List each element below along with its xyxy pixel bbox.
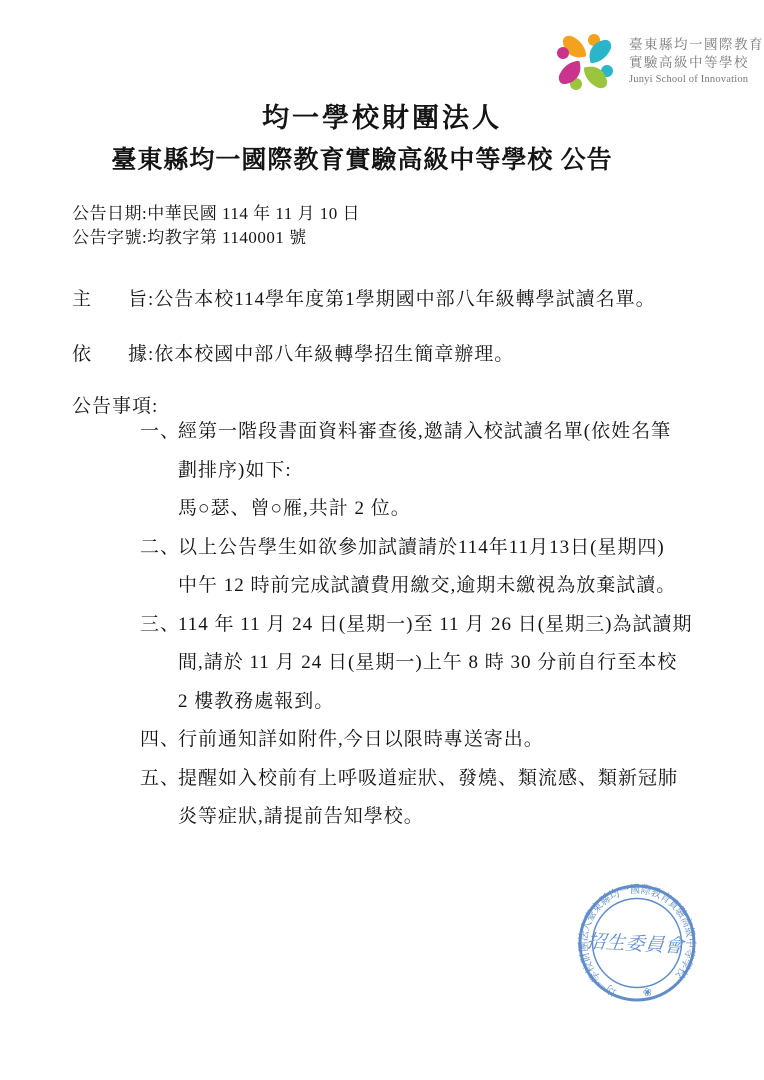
list-item: 三、 114 年 11 月 24 日(星期一)至 11 月 26 日(星期三)為…	[140, 606, 692, 722]
item-line: 間,請於 11 月 24 日(星期一)上午 8 時 30 分前自行至本校	[178, 644, 692, 683]
announcement-items: 一、 經第一階段書面資料審查後,邀請入校試讀名單(依姓名筆 劃排序)如下: 馬○…	[140, 413, 692, 837]
item-number: 五、	[140, 760, 180, 799]
logo-name-line1: 臺東縣均一國際教育	[629, 36, 764, 54]
subject-text: 公告本校114學年度第1學期國中部八年級轉學試讀名單。	[154, 289, 655, 310]
item-line: 經第一階段書面資料審查後,邀請入校試讀名單(依姓名筆	[178, 413, 692, 452]
subject-label-last: 旨	[128, 284, 148, 311]
item-number: 四、	[140, 721, 180, 760]
school-logo-text: 臺東縣均一國際教育 實驗高級中等學校 Junyi School of Innov…	[629, 31, 764, 86]
basis-label: 依 據	[72, 339, 148, 366]
logo-figure-left-head	[557, 47, 569, 59]
list-item: 二、 以上公告學生如欲參加試讀請於114年11月13日(星期四) 中午 12 時…	[140, 529, 692, 606]
subject-line: 主 旨 :公告本校114學年度第1學期國中部八年級轉學試讀名單。	[72, 284, 656, 311]
item-line: 劃排序)如下:	[178, 452, 692, 491]
item-line: 馬○瑟、曾○雁,共計 2 位。	[178, 490, 692, 529]
announcement-number: 公告字號:均教字第 1140001 號	[72, 226, 360, 250]
basis-line: 依 據 :依本校國中部八年級轉學招生簡章辦理。	[72, 339, 514, 366]
list-item: 四、 行前通知詳如附件,今日以限時專送寄出。	[140, 721, 692, 760]
basis-text: 依本校國中部八年級轉學招生簡章辦理。	[154, 344, 514, 365]
announcement-document: 臺東縣均一國際教育 實驗高級中等學校 Junyi School of Innov…	[0, 0, 764, 1080]
admissions-committee-stamp: 均一學校財團法人臺東縣均一國際教育實驗高級中等學校 招生委員會 ❀	[575, 881, 699, 1005]
flower-icon: ❀	[642, 986, 654, 1000]
item-number: 二、	[140, 529, 180, 568]
list-item: 五、 提醒如入校前有上呼吸道症狀、發燒、類流感、類新冠肺 炎等症狀,請提前告知學…	[140, 760, 692, 837]
item-line: 114 年 11 月 24 日(星期一)至 11 月 26 日(星期三)為試讀期	[178, 606, 692, 645]
item-line: 提醒如入校前有上呼吸道症狀、發燒、類流感、類新冠肺	[178, 760, 692, 799]
foundation-title: 均一學校財團法人	[0, 96, 764, 135]
list-item: 一、 經第一階段書面資料審查後,邀請入校試讀名單(依姓名筆 劃排序)如下: 馬○…	[140, 413, 692, 529]
basis-label-last: 據	[128, 339, 148, 366]
announcement-meta: 公告日期:中華民國 114 年 11 月 10 日 公告字號:均教字第 1140…	[72, 202, 360, 250]
item-number: 一、	[140, 413, 180, 452]
school-logo-mark-icon	[550, 31, 620, 93]
item-line: 炎等症狀,請提前告知學校。	[178, 798, 692, 837]
subject-label-first: 主	[72, 284, 92, 311]
item-number: 三、	[140, 606, 180, 645]
item-line: 行前通知詳如附件,今日以限時專送寄出。	[178, 721, 692, 760]
logo-name-english: Junyi School of Innovation	[629, 73, 764, 86]
logo-name-line2: 實驗高級中等學校	[629, 54, 764, 72]
item-line: 2 樓教務處報到。	[178, 683, 692, 722]
item-line: 中午 12 時前完成試讀費用繳交,逾期未繳視為放棄試讀。	[178, 567, 692, 606]
subject-label: 主 旨	[72, 284, 148, 311]
school-logo: 臺東縣均一國際教育 實驗高級中等學校 Junyi School of Innov…	[550, 31, 764, 93]
stamp-center-text: 招生委員會	[584, 931, 689, 957]
announcement-date: 公告日期:中華民國 114 年 11 月 10 日	[72, 202, 360, 226]
stamp-seal-icon: 均一學校財團法人臺東縣均一國際教育實驗高級中等學校 招生委員會 ❀	[563, 869, 710, 1016]
basis-label-first: 依	[72, 339, 92, 366]
announcement-title: 臺東縣均一國際教育實驗高級中等學校 公告	[0, 140, 764, 176]
item-line: 以上公告學生如欲參加試讀請於114年11月13日(星期四)	[178, 529, 692, 568]
